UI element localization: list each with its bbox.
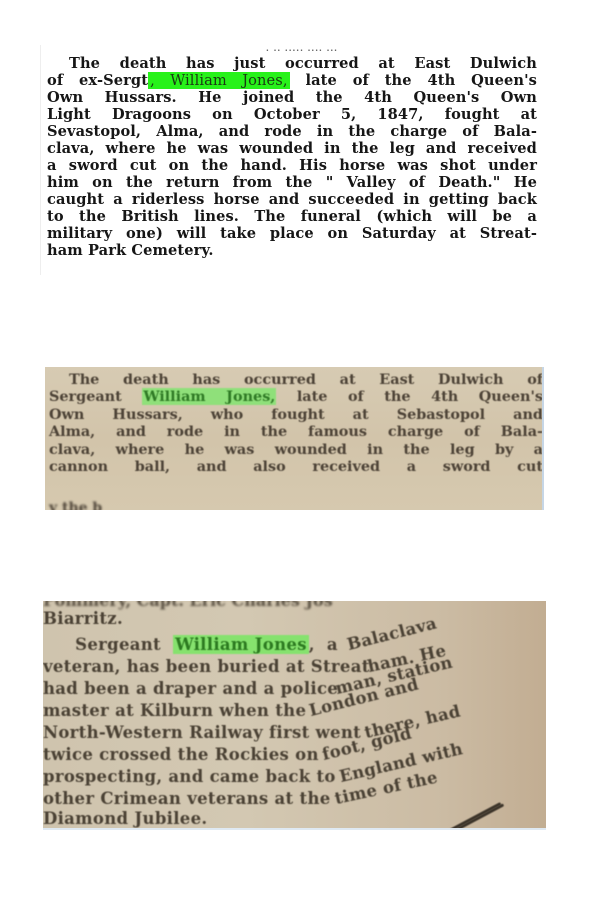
text-line: Own Hussars, who fought at Sebastopol an… xyxy=(49,406,543,423)
cut-off-text: y the b xyxy=(49,500,102,510)
text-line: clava, where he was wounded in the leg b… xyxy=(49,441,543,458)
text-line: of ex-Sergt, William Jones, late of the … xyxy=(47,72,537,89)
highlighted-name: William Jones xyxy=(173,635,309,654)
newspaper-clipping-2: The death has occurred at East Dulwich o… xyxy=(45,367,544,510)
cut-off-heading: · ·· ····· ···· ··· xyxy=(266,45,338,55)
text-line: a sword cut on the hand. His horse was s… xyxy=(47,157,537,174)
text-line: master at Kilburn when the London and xyxy=(43,701,424,721)
text-line: other Crimean veterans at the time of th… xyxy=(43,789,441,809)
text-line: ham Park Cemetery. xyxy=(47,242,537,259)
newspaper-clipping-3: Pommery, Capt. Eric Charles Jos Biarritz… xyxy=(43,601,546,830)
text-line: The death has just occurred at East Dulw… xyxy=(47,55,537,72)
text-line: The death has occurred at East Dulwich o… xyxy=(49,371,543,388)
text-line: Alma, and rode in the famous charge of B… xyxy=(49,423,543,440)
clipping-edge xyxy=(43,828,546,830)
text-line: military one) will take place on Saturda… xyxy=(47,225,537,242)
text-line: Own Hussars. He joined the 4th Queen's O… xyxy=(47,89,537,106)
text-line: Diamond Jubilee. xyxy=(43,809,207,829)
highlighted-name: , William Jones, xyxy=(148,72,290,89)
text-line: Sergeant William Jones, late of the 4th … xyxy=(49,388,543,405)
text-line: Light Dragoons on October 5, 1847, fough… xyxy=(47,106,537,123)
text-line: Sevastopol, Alma, and rode in the charge… xyxy=(47,123,537,140)
text-line: caught a riderless horse and succeeded i… xyxy=(47,191,537,208)
text-line: Biarritz. xyxy=(43,609,123,629)
text-line: Sergeant William Jones, a Balaclava xyxy=(57,635,442,655)
highlighted-name: William Jones, xyxy=(142,388,276,405)
newspaper-clipping-1: · ·· ····· ···· ··· The death has just o… xyxy=(40,45,538,275)
text-line: cannon ball, and also received a sword c… xyxy=(49,458,543,475)
text-line: him on the return from the " Valley of D… xyxy=(47,174,537,191)
text-line: clava, where he was wounded in the leg a… xyxy=(47,140,537,157)
text-line: to the British lines. The funeral (which… xyxy=(47,208,537,225)
